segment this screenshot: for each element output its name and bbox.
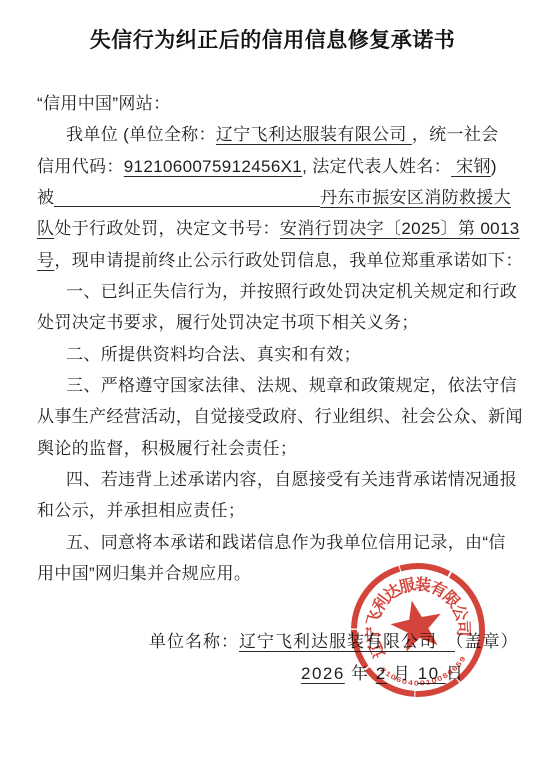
text-run: ，统一社会 — [412, 125, 499, 144]
text-run: 五、同意将本承诺和践诺信息作为我单位信用记录，由“信 — [66, 533, 506, 552]
text-run: 从事生产经营活动，自觉接受政府、行业组织、社会公众、新闻 — [37, 407, 523, 426]
filled-field: 宋钢 — [451, 157, 491, 176]
text-run: 处罚决定书要求，履行处罚决定书项下相关义务； — [37, 313, 419, 332]
filled-field: 辽宁飞利达服装有限公司 — [216, 125, 412, 144]
body-line: 二、所提供资料均合法、真实和有效； — [37, 339, 511, 370]
text-run: 和公示，并承担相应责任； — [37, 501, 245, 520]
text-run: 我单位 (单位全称： — [66, 125, 216, 144]
text-run: （盖章） — [455, 632, 519, 651]
filled-field: 队 — [37, 219, 54, 238]
text-run: 处于行政处罚，决定文书号： — [54, 219, 280, 238]
document-title: 失信行为纠正后的信用信息修复承诺书 — [0, 0, 545, 54]
text-run: 一、已纠正失信行为，并按照行政处罚决定机关规定和行政 — [66, 282, 517, 301]
text-run: , 法定代表人姓名： — [302, 157, 451, 176]
filled-field: 安消行罚决字〔2025〕第 0013 — [280, 219, 520, 238]
filled-field: 辽宁飞利达服装有限公司 — [239, 632, 455, 651]
filled-field: 号 — [37, 251, 54, 270]
text-run: 三、严格遵守国家法律、法规、规章和政策规定，依法守信 — [66, 376, 517, 395]
body-line: 三、严格遵守国家法律、法规、规章和政策规定，依法守信 — [37, 370, 511, 401]
body-line: 我单位 (单位全称：辽宁飞利达服装有限公司 ，统一社会 — [37, 119, 511, 150]
text-run: 信用代码： — [37, 157, 124, 176]
body-line: 舆论的监督，积极履行社会责任； — [37, 433, 511, 464]
body-line: 队处于行政处罚，决定文书号：安消行罚决字〔2025〕第 0013 — [37, 213, 511, 244]
text-run: “信用中国”网站： — [37, 94, 170, 113]
body-line: 一、已纠正失信行为，并按照行政处罚决定机关规定和行政 — [37, 276, 511, 307]
text-run: ) — [491, 157, 497, 176]
text-run: 用中国”网归集并合规应用。 — [37, 564, 251, 583]
signature-line: 单位名称：辽宁飞利达服装有限公司 （盖章） — [149, 627, 519, 652]
filled-field: 丹东市振安区消防救援大 — [320, 182, 511, 213]
document-page: 失信行为纠正后的信用信息修复承诺书 “信用中国”网站：我单位 (单位全称：辽宁飞… — [0, 0, 545, 759]
body-line: 和公示，并承担相应责任； — [37, 495, 511, 526]
filled-field: 10 — [418, 664, 446, 683]
text-run: 年 — [345, 664, 376, 683]
text-run: 舆论的监督，积极履行社会责任； — [37, 439, 297, 458]
text-run: 被 — [37, 182, 54, 213]
filled-field: 9121060075912456X1 — [124, 157, 302, 176]
blank-underline — [54, 191, 320, 207]
body-line: 处罚决定书要求，履行处罚决定书项下相关义务； — [37, 307, 511, 338]
body-line: “信用中国”网站： — [37, 88, 511, 119]
text-run: 月 — [387, 664, 418, 683]
body-line: 用中国”网归集并合规应用。 — [37, 558, 511, 589]
text-run: ，现申请提前终止公示行政处罚信息，我单位郑重承诺如下： — [54, 251, 522, 270]
body-line: 五、同意将本承诺和践诺信息作为我单位信用记录，由“信 — [37, 527, 511, 558]
filled-field: 2026 — [301, 664, 345, 683]
text-run: 二、所提供资料均合法、真实和有效； — [66, 345, 361, 364]
body-line: 四、若违背上述承诺内容，自愿接受有关违背承诺情况通报 — [37, 464, 511, 495]
body-line: 从事生产经营活动，自觉接受政府、行业组织、社会公众、新闻 — [37, 401, 511, 432]
text-run: 日 — [446, 664, 465, 683]
filled-field: 2 — [376, 664, 387, 683]
date-line: 2026 年 2 月 10 日 — [301, 659, 464, 684]
text-run: 四、若违背上述承诺内容，自愿接受有关违背承诺情况通报 — [66, 470, 517, 489]
document-body: “信用中国”网站：我单位 (单位全称：辽宁飞利达服装有限公司 ，统一社会信用代码… — [37, 88, 511, 590]
body-line: 信用代码：9121060075912456X1, 法定代表人姓名： 宋钢) — [37, 151, 511, 182]
text-run: 单位名称： — [149, 632, 239, 651]
body-line: 号，现申请提前终止公示行政处罚信息，我单位郑重承诺如下： — [37, 245, 511, 276]
body-line: 被丹东市振安区消防救援大 — [37, 182, 511, 213]
